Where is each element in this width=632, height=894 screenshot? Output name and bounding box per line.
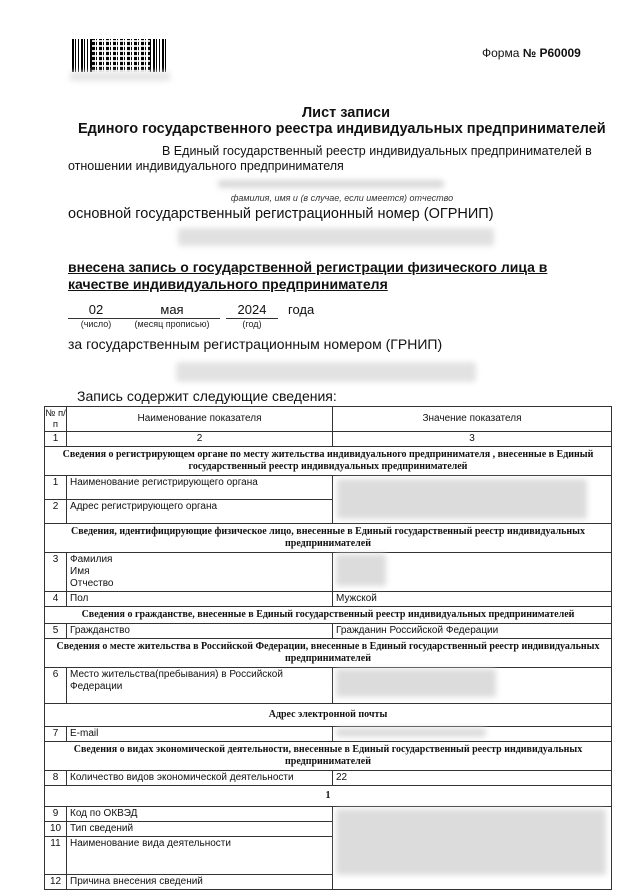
- section-personal-identification: Сведения, идентифицирующие физическое ли…: [45, 524, 612, 553]
- section-row: Сведения о гражданстве, внесенные в Един…: [45, 607, 612, 624]
- date-year-caption: (год): [226, 319, 278, 329]
- table-row: 9 Код по ОКВЭД: [45, 807, 612, 822]
- date-day-caption: (число): [68, 319, 124, 329]
- row-name: Причина внесения сведений: [67, 875, 333, 890]
- col-number-3: 3: [333, 432, 612, 447]
- row-number: 8: [45, 771, 67, 786]
- column-numbers-row: 1 2 3: [45, 432, 612, 447]
- row-value: Мужской: [333, 592, 612, 607]
- row-number: 5: [45, 624, 67, 639]
- section-email: Адрес электронной почты: [45, 704, 612, 727]
- row-value-redacted: [333, 727, 612, 742]
- ogrnip-redacted: [178, 228, 494, 246]
- row-value-redacted: [333, 476, 612, 524]
- section-activity-index: 1: [45, 786, 612, 807]
- date-year: 2024: [226, 302, 278, 319]
- table-row: 8 Количество видов экономической деятель…: [45, 771, 612, 786]
- section-economic-activities: Сведения о видах экономической деятельно…: [45, 742, 612, 771]
- row-number: 2: [45, 500, 67, 524]
- table-row: 1 Наименование регистрирующего органа: [45, 476, 612, 500]
- section-citizenship: Сведения о гражданстве, внесенные в Един…: [45, 607, 612, 624]
- date-month-caption: (месяц прописью): [124, 319, 220, 329]
- row-name: Наименование регистрирующего органа: [67, 476, 333, 500]
- col-number-2: 2: [67, 432, 333, 447]
- table-row: 6 Место жительства(пребывания) в Российс…: [45, 668, 612, 704]
- row-name: Тип сведений: [67, 822, 333, 837]
- contains-label: Запись содержит следующие сведения:: [77, 388, 337, 404]
- section-row: Сведения о регистрирующем органе по мест…: [45, 447, 612, 476]
- header-indicator-value: Значение показателя: [333, 407, 612, 432]
- row-name: Количество видов экономической деятельно…: [67, 771, 333, 786]
- row-number: 4: [45, 592, 67, 607]
- row-number: 1: [45, 476, 67, 500]
- row-name: Код по ОКВЭД: [67, 807, 333, 822]
- table-row: 4 Пол Мужской: [45, 592, 612, 607]
- registration-statement-line1: внесена запись о государственной регистр…: [68, 259, 547, 275]
- record-details-table: № п/п Наименование показателя Значение п…: [44, 406, 612, 890]
- label-patronymic: Отчество: [70, 578, 329, 590]
- label-first-name: Имя: [70, 566, 329, 578]
- row-value-redacted: [333, 807, 612, 890]
- row-name: Гражданство: [67, 624, 333, 639]
- section-residence: Сведения о месте жительства в Российской…: [45, 639, 612, 668]
- section-row: Сведения о видах экономической деятельно…: [45, 742, 612, 771]
- row-number: 9: [45, 807, 67, 822]
- col-number-1: 1: [45, 432, 67, 447]
- section-row: 1: [45, 786, 612, 807]
- table-row: 7 E-mail: [45, 727, 612, 742]
- section-registering-authority: Сведения о регистрирующем органе по мест…: [45, 447, 612, 476]
- ogrnip-label: основной государственный регистрационный…: [68, 206, 494, 222]
- barcode-caption-redacted: [70, 72, 170, 81]
- row-value: Гражданин Российской Федерации: [333, 624, 612, 639]
- section-row: Сведения, идентифицирующие физическое ли…: [45, 524, 612, 553]
- intro-text-line1: В Единый государственный реестр индивиду…: [162, 144, 592, 158]
- grnip-label: за государственным регистрационным номер…: [68, 336, 442, 352]
- form-number: Форма № Р60009: [482, 46, 581, 60]
- intro-text-line2: отношении индивидуального предпринимател…: [68, 159, 344, 173]
- document-subtitle: Единого государственного реестра индивид…: [78, 121, 606, 137]
- row-name: Пол: [67, 592, 333, 607]
- row-name: Место жительства(пребывания) в Российско…: [67, 668, 333, 704]
- table-header-row: № п/п Наименование показателя Значение п…: [45, 407, 612, 432]
- grnip-redacted: [176, 362, 476, 382]
- fio-caption: фамилия, имя и (в случае, если имеется) …: [0, 193, 632, 203]
- row-number: 7: [45, 727, 67, 742]
- registration-statement-line2: качестве индивидуального предпринимателя: [68, 276, 388, 292]
- date-day: 02: [68, 302, 124, 319]
- date-suffix: года: [288, 302, 314, 317]
- row-name-fio: Фамилия Имя Отчество: [67, 553, 333, 592]
- table-row: 5 Гражданство Гражданин Российской Федер…: [45, 624, 612, 639]
- row-name: E-mail: [67, 727, 333, 742]
- row-value-redacted: [333, 553, 612, 592]
- fio-redacted: [218, 180, 444, 188]
- header-indicator-name: Наименование показателя: [67, 407, 333, 432]
- header-number: № п/п: [45, 407, 67, 432]
- row-number: 12: [45, 875, 67, 890]
- table-row: 3 Фамилия Имя Отчество: [45, 553, 612, 592]
- row-number: 6: [45, 668, 67, 704]
- section-row: Сведения о месте жительства в Российской…: [45, 639, 612, 668]
- barcode-image: [72, 39, 168, 72]
- label-surname: Фамилия: [70, 554, 329, 566]
- row-number: 10: [45, 822, 67, 837]
- section-row: Адрес электронной почты: [45, 704, 612, 727]
- row-name: Адрес регистрирующего органа: [67, 500, 333, 524]
- row-name: Наименование вида деятельности: [67, 837, 333, 875]
- row-number: 3: [45, 553, 67, 592]
- document-title: Лист записи: [0, 105, 632, 121]
- row-number: 11: [45, 837, 67, 875]
- row-value: 22: [333, 771, 612, 786]
- row-value-redacted: [333, 668, 612, 704]
- date-month: мая: [124, 302, 220, 319]
